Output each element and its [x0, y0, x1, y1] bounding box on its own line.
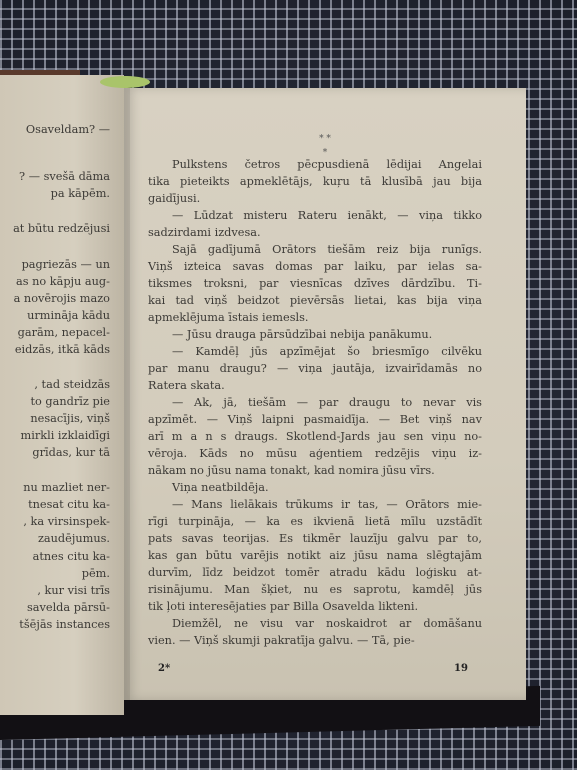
- text-line: nākam no jūsu nama tonakt, kad nomira jū…: [148, 462, 482, 479]
- left-page-text-line: nu mazliet ner-: [23, 481, 110, 494]
- page-body-text: Pulkstens četros pēcpusdienā lēdijai Ang…: [148, 156, 482, 649]
- left-page-text-line: as no kāpju aug-: [16, 275, 110, 288]
- text-line: durvīm, līdz beidzot tomēr atradu kādu l…: [148, 564, 482, 581]
- page-gutter: [124, 88, 130, 700]
- text-line: apmeklējuma īstais iemesls.: [148, 309, 482, 326]
- left-page-text-line: Osaveldam? —: [26, 123, 110, 136]
- left-page-text-line: pēm.: [82, 567, 110, 580]
- paragraph: Pulkstens četros pēcpusdienā lēdijai Ang…: [148, 156, 482, 207]
- page-number: 19: [454, 663, 468, 674]
- signature-mark: 2*: [158, 663, 170, 674]
- text-line: sadzirdami izdvesa.: [148, 224, 482, 241]
- left-page-text-line: grīdas, kur tā: [32, 446, 110, 459]
- text-line: kas gan būtu varējis notikt aiz jūsu nam…: [148, 547, 482, 564]
- right-page: * * * Pulkstens četros pēcpusdienā lēdij…: [124, 88, 526, 700]
- paragraph: — Jūsu drauga pārsūdzībai nebija panākum…: [148, 326, 482, 343]
- paragraph: — Kamdēļ jūs apzīmējat šo briesmīgo cilv…: [148, 343, 482, 394]
- text-line: vēroja. Kāds no mūsu aģentiem redzējis v…: [148, 445, 482, 462]
- left-page-text-line: pa kāpēm.: [51, 187, 110, 200]
- text-line: — Jūsu drauga pārsūdzībai nebija panākum…: [148, 326, 482, 343]
- text-line: Ratera skata.: [148, 377, 482, 394]
- left-page-text-line: mirkli izklaidīgi: [21, 429, 110, 442]
- text-line: tiksmes troksni, par viesnīcas dzīves dā…: [148, 275, 482, 292]
- text-line: — Kamdēļ jūs apzīmējat šo briesmīgo cilv…: [148, 343, 482, 360]
- left-page-text-line: atnes citu ka-: [33, 550, 110, 563]
- text-line: Viņa neatbildēja.: [148, 479, 482, 496]
- paragraph: — Mans lielākais trūkums ir tas, — Orāto…: [148, 496, 482, 615]
- paragraph: — Ak, jā, tiešām — par draugu to nevar v…: [148, 394, 482, 479]
- text-line: vien. — Viņš skumji pakratīja galvu. — T…: [148, 632, 482, 649]
- text-line: Pulkstens četros pēcpusdienā lēdijai Ang…: [148, 156, 482, 173]
- left-page-text-line: to gandrīz pie: [31, 395, 111, 408]
- bookmark-ribbon: [100, 76, 150, 88]
- text-line: tika pieteikts apmeklētājs, kuŗu tā klus…: [148, 173, 482, 190]
- left-page-text-line: tnesat citu ka-: [28, 498, 110, 511]
- left-page-text-line: tšējās instances: [19, 618, 110, 631]
- left-page-text-line: a novērojis mazo: [14, 292, 110, 305]
- left-page-text-line: , kur visi trīs: [37, 584, 110, 597]
- text-line: — Ak, jā, tiešām — par draugu to nevar v…: [148, 394, 482, 411]
- paragraph: Viņa neatbildēja.: [148, 479, 482, 496]
- left-page-text-line: at būtu redzējusi: [13, 222, 110, 235]
- left-page-text-line: , tad steidzās: [34, 378, 110, 391]
- text-line: gaidījusi.: [148, 190, 482, 207]
- text-line: rīgi turpināja, — ka es ikvienā lietā mī…: [148, 513, 482, 530]
- left-page-text-line: zaudējumus.: [38, 532, 110, 545]
- left-page-text-line: ? — svešā dāma: [19, 170, 110, 183]
- left-page-text-line: nesacījis, viņš: [30, 412, 110, 425]
- text-line: — Mans lielākais trūkums ir tas, — Orāto…: [148, 496, 482, 513]
- text-line: tik ļoti interesējaties par Billa Osavel…: [148, 598, 482, 615]
- paragraph: Sajā gadījumā Orātors tiešām reiz bija r…: [148, 241, 482, 326]
- left-page-text-line: garām, nepacel-: [18, 326, 110, 339]
- text-line: Sajā gadījumā Orātors tiešām reiz bija r…: [148, 241, 482, 258]
- left-page-text-line: eidzās, itkā kāds: [15, 343, 110, 356]
- text-line: par manu draugu? — viņa jautāja, izvairī…: [148, 360, 482, 377]
- text-line: apzīmēt. — Viņš laipni pasmaidīja. — Bet…: [148, 411, 482, 428]
- text-line: — Lūdzat misteru Rateru ienākt, — viņa t…: [148, 207, 482, 224]
- paragraph: Diemžēl, ne visu var noskaidrot ar domāš…: [148, 615, 482, 649]
- section-ornament-top: * *: [124, 134, 526, 144]
- left-page: Osaveldam? —? — svešā dāmapa kāpēm.at bū…: [0, 75, 124, 715]
- left-page-text-line: , ka virsinspek-: [23, 515, 110, 528]
- text-line: kai tad viņš beidzot pievērsās lietai, k…: [148, 292, 482, 309]
- left-page-text-line: pagriezās — un: [22, 258, 110, 271]
- left-page-text-line: urmināja kādu: [27, 309, 110, 322]
- paragraph: — Lūdzat misteru Rateru ienākt, — viņa t…: [148, 207, 482, 241]
- text-line: Viņš izteica savas domas par laiku, par …: [148, 258, 482, 275]
- text-line: risinājumu. Man šķiet, nu es saprotu, ka…: [148, 581, 482, 598]
- text-line: pats savas teorijas. Es tikmēr lauzīju g…: [148, 530, 482, 547]
- text-line: Diemžēl, ne visu var noskaidrot ar domāš…: [148, 615, 482, 632]
- left-page-text-line: savelda pārsū-: [27, 601, 110, 614]
- text-line: arī m a n s draugs. Skotlend-Jards jau s…: [148, 428, 482, 445]
